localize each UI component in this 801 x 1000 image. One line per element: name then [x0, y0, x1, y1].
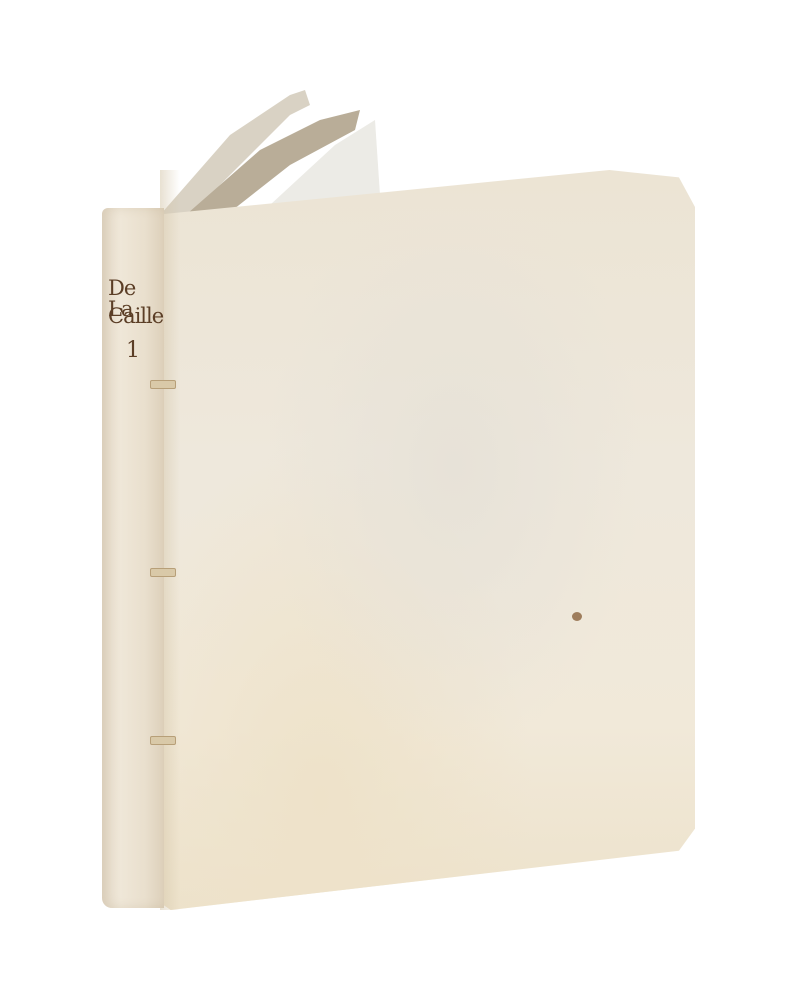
spine-volume-number: 1	[126, 340, 139, 362]
book-spine: De La Caille 1	[102, 208, 164, 908]
photo-scene: De La Caille 1 Photograph of a small ant…	[0, 0, 801, 1000]
front-cover	[160, 170, 695, 910]
cover-stain	[572, 612, 582, 621]
spine-tie-1	[150, 380, 176, 389]
spine-title-line-2: Caille	[108, 306, 163, 327]
spine-tie-2	[150, 568, 176, 577]
spine-tie-3	[150, 736, 176, 745]
